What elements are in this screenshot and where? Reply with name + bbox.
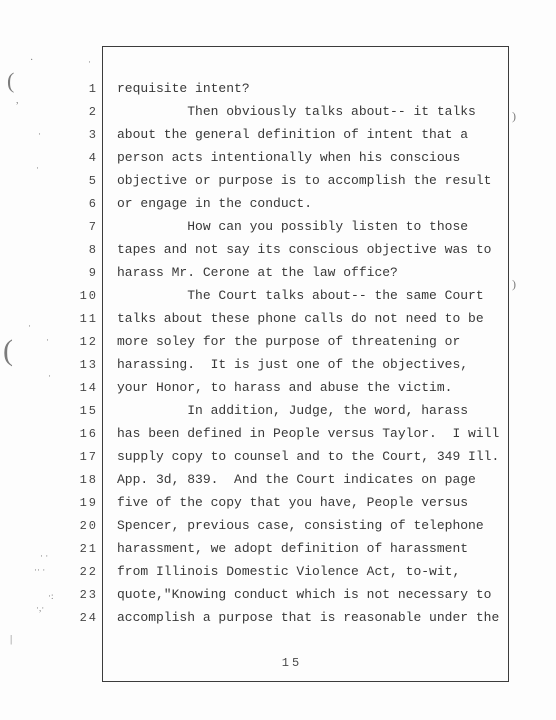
transcript-line: 17supply copy to counsel and to the Cour… (58, 445, 518, 468)
line-number: 2 (58, 105, 98, 119)
scan-artifact-mark: · (48, 372, 51, 381)
scan-artifact-mark: ·: (48, 592, 54, 601)
scanned-transcript-page: 1requisite intent?2 Then obviously talks… (0, 0, 556, 720)
transcript-line: 1requisite intent? (58, 77, 518, 100)
line-number: 19 (58, 496, 98, 510)
line-text: or engage in the conduct. (117, 196, 312, 211)
line-number: 24 (58, 611, 98, 625)
line-text: your Honor, to harass and abuse the vict… (117, 380, 452, 395)
scan-artifact-mark: , (16, 96, 19, 106)
scan-artifact-mark: ( (3, 336, 13, 366)
scan-artifact-mark: · (88, 58, 91, 67)
line-text: accomplish a purpose that is reasonable … (117, 610, 499, 625)
transcript-body: 1requisite intent?2 Then obviously talks… (58, 77, 518, 629)
transcript-line: 15 In addition, Judge, the word, harass (58, 399, 518, 422)
transcript-line: 9harass Mr. Cerone at the law office? (58, 261, 518, 284)
line-number: 12 (58, 335, 98, 349)
line-number: 18 (58, 473, 98, 487)
line-text: tapes and not say its conscious objectiv… (117, 242, 491, 257)
line-text: harassing. It is just one of the objecti… (117, 357, 468, 372)
transcript-line: 6or engage in the conduct. (58, 192, 518, 215)
transcript-line: 5objective or purpose is to accomplish t… (58, 169, 518, 192)
line-number: 17 (58, 450, 98, 464)
transcript-line: 2 Then obviously talks about-- it talks (58, 100, 518, 123)
scan-artifact-mark: ·,· (36, 604, 44, 613)
line-number: 6 (58, 197, 98, 211)
scan-artifact-mark: · (28, 322, 31, 331)
transcript-line: 10 The Court talks about-- the same Cour… (58, 284, 518, 307)
transcript-line: 12more soley for the purpose of threaten… (58, 330, 518, 353)
line-text: five of the copy that you have, People v… (117, 495, 468, 510)
line-number: 21 (58, 542, 98, 556)
transcript-line: 13harassing. It is just one of the objec… (58, 353, 518, 376)
line-text: Then obviously talks about-- it talks (117, 104, 476, 119)
line-number: 9 (58, 266, 98, 280)
line-number: 16 (58, 427, 98, 441)
line-text: more soley for the purpose of threatenin… (117, 334, 460, 349)
scan-artifact-mark: ·· · (34, 566, 45, 575)
line-number: 22 (58, 565, 98, 579)
transcript-line: 23quote,"Knowing conduct which is not ne… (58, 583, 518, 606)
line-number: 4 (58, 151, 98, 165)
scan-artifact-mark: · (30, 56, 33, 66)
line-number: 1 (58, 82, 98, 96)
line-text: App. 3d, 839. And the Court indicates on… (117, 472, 476, 487)
line-text: supply copy to counsel and to the Court,… (117, 449, 499, 464)
transcript-line: 24accomplish a purpose that is reasonabl… (58, 606, 518, 629)
line-text: harassment, we adopt definition of haras… (117, 541, 468, 556)
transcript-line: 3about the general definition of intent … (58, 123, 518, 146)
transcript-line: 22from Illinois Domestic Violence Act, t… (58, 560, 518, 583)
line-number: 14 (58, 381, 98, 395)
line-text: harass Mr. Cerone at the law office? (117, 265, 398, 280)
scan-artifact-mark: · (46, 336, 49, 345)
line-text: quote,"Knowing conduct which is not nece… (117, 587, 491, 602)
transcript-line: 11talks about these phone calls do not n… (58, 307, 518, 330)
line-number: 15 (58, 404, 98, 418)
transcript-line: 7 How can you possibly listen to those (58, 215, 518, 238)
line-number: 13 (58, 358, 98, 372)
transcript-line: 20Spencer, previous case, consisting of … (58, 514, 518, 537)
line-text: talks about these phone calls do not nee… (117, 311, 484, 326)
transcript-line: 14your Honor, to harass and abuse the vi… (58, 376, 518, 399)
line-text: In addition, Judge, the word, harass (117, 403, 468, 418)
line-text: person acts intentionally when his consc… (117, 150, 460, 165)
line-text: Spencer, previous case, consisting of te… (117, 518, 484, 533)
transcript-line: 18App. 3d, 839. And the Court indicates … (58, 468, 518, 491)
transcript-line: 21harassment, we adopt definition of har… (58, 537, 518, 560)
line-number: 7 (58, 220, 98, 234)
line-number: 8 (58, 243, 98, 257)
line-text: from Illinois Domestic Violence Act, to-… (117, 564, 460, 579)
scan-artifact-mark: · (36, 164, 39, 173)
line-number: 10 (58, 289, 98, 303)
transcript-line: 8tapes and not say its conscious objecti… (58, 238, 518, 261)
transcript-line: 16has been defined in People versus Tayl… (58, 422, 518, 445)
page-number: 15 (102, 656, 482, 670)
line-text: requisite intent? (117, 81, 250, 96)
line-number: 20 (58, 519, 98, 533)
line-text: The Court talks about-- the same Court (117, 288, 484, 303)
line-text: about the general definition of intent t… (117, 127, 468, 142)
line-number: 3 (58, 128, 98, 142)
line-number: 5 (58, 174, 98, 188)
scan-artifact-mark: ( (7, 70, 14, 92)
scan-artifact-mark: · · (40, 552, 48, 561)
scan-artifact-mark: · (38, 130, 41, 139)
line-number: 23 (58, 588, 98, 602)
transcript-line: 4person acts intentionally when his cons… (58, 146, 518, 169)
transcript-line: 19five of the copy that you have, People… (58, 491, 518, 514)
line-text: objective or purpose is to accomplish th… (117, 173, 491, 188)
line-text: has been defined in People versus Taylor… (117, 426, 499, 441)
line-number: 11 (58, 312, 98, 326)
scan-artifact-mark: | (10, 634, 12, 645)
line-text: How can you possibly listen to those (117, 219, 468, 234)
